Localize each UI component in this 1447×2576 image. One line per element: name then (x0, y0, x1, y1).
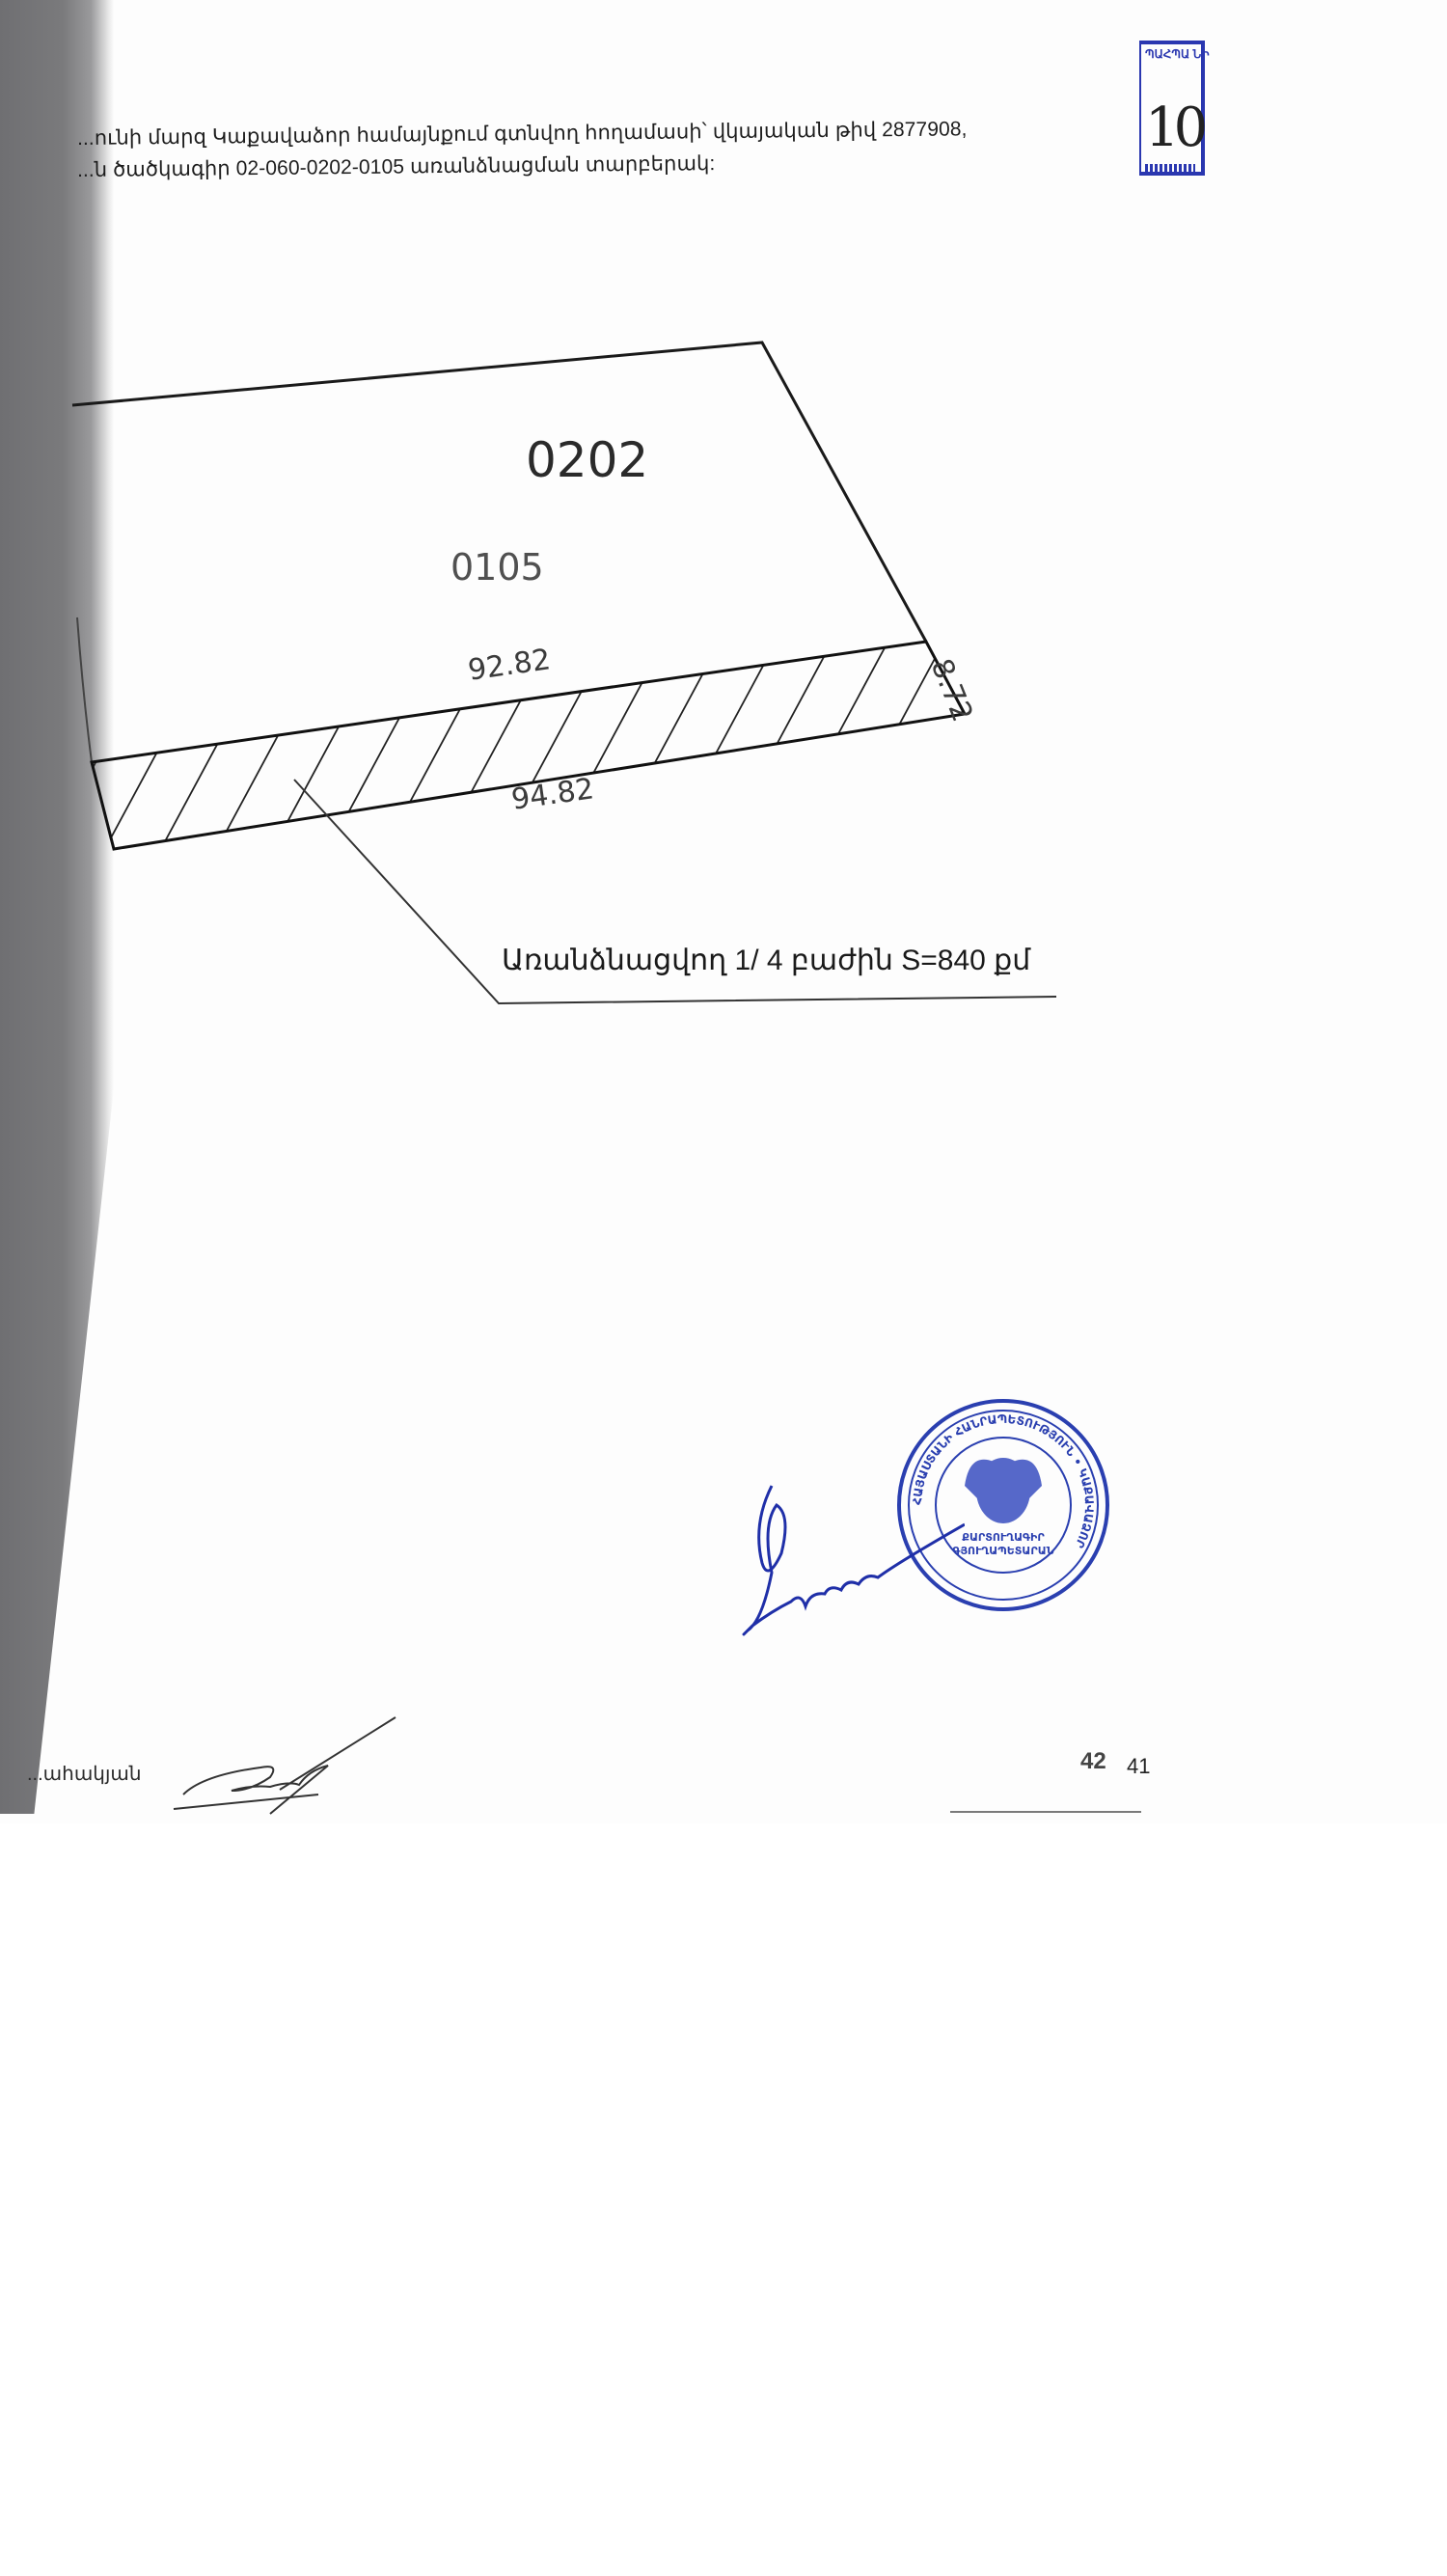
allocation-callout: Առանձնացվող 1/ 4 բաժին S=840 քմ (502, 944, 1030, 977)
parcel-label: 0105 (450, 546, 544, 589)
page-number-alt: 41 (1127, 1754, 1150, 1779)
signature-surveyor (135, 1698, 424, 1823)
signature-mayor (733, 1466, 965, 1650)
parcel-left-edge (77, 617, 92, 762)
parcel-boundary (72, 343, 926, 642)
scanned-page: ...ունի մարզ Կաքավաձոր համայնքում գտնվող… (0, 0, 1447, 1823)
block-label: 0202 (526, 432, 648, 488)
seal-inner-line-2: ԳՅՈՒՂԱՊԵՏԱՐԱՆ (952, 1545, 1053, 1557)
coat-of-arms-icon (965, 1458, 1042, 1523)
signer-name: ...ահակյան (27, 1762, 142, 1786)
page-number: 42 (1080, 1748, 1106, 1775)
footer-rule (950, 1811, 1141, 1813)
hatch-pattern (39, 617, 1181, 868)
seal-inner-line-1: ՔԱՐՏՈՒՂԱԳԻՐ (962, 1531, 1045, 1544)
cadastral-plan (0, 0, 1447, 1823)
